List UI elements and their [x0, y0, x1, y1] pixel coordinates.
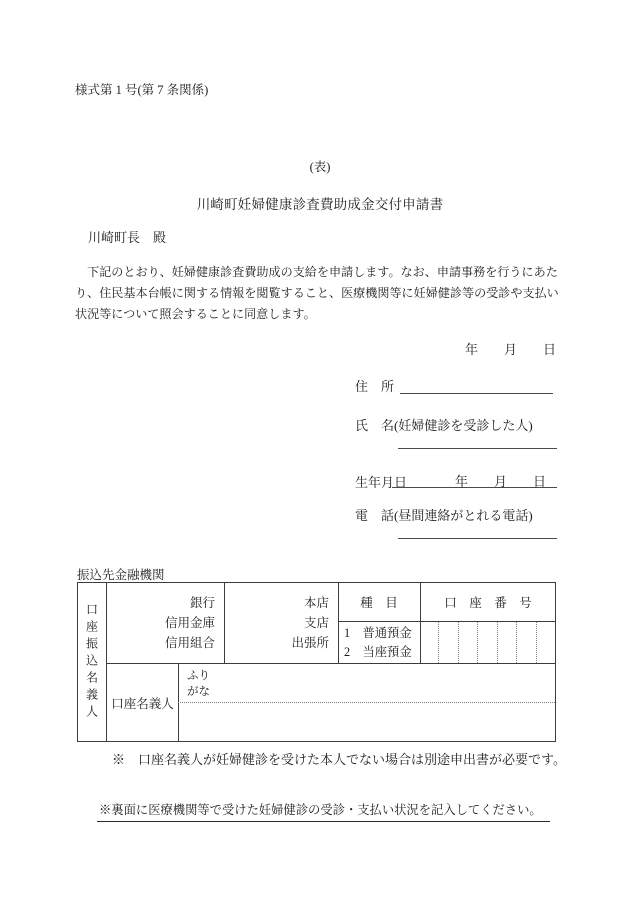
holder-label-cell: 口座名義人: [107, 664, 178, 741]
paragraph-line: 下記のとおり、妊婦健康診査費助成の支給を申請します。なお、申請事務を行うにあた: [75, 262, 559, 283]
account-number-digit-row: [420, 622, 555, 663]
account-number-digit-cell: [459, 622, 478, 663]
bank-table: 口座振込名義人 銀行 信用金庫 信用組合 本店 支店 出張所 種 目 1 普通預…: [77, 582, 556, 742]
account-number-digit-cell: [420, 622, 439, 663]
account-number-digit-cell: [537, 622, 555, 663]
account-type-option: 2 当座預金: [344, 643, 419, 662]
footer-note: ※裏面に医療機関等で受けた妊婦健診の受診・支払い状況を記入してください。: [97, 800, 550, 822]
account-number-digit-cell: [439, 622, 458, 663]
branch-type-option: 支店: [225, 613, 329, 633]
account-number-digit-cell: [498, 622, 517, 663]
document-title: 川崎町妊婦健康診査費助成金交付申請書: [0, 193, 630, 213]
address-label: 住 所: [355, 376, 394, 395]
institution-type-option: 信用金庫: [107, 613, 215, 633]
account-number-digit-cell: [517, 622, 536, 663]
furigana-cell: ふり がな: [179, 664, 555, 741]
branch-type-option: 出張所: [225, 633, 329, 653]
account-type-option: 1 普通預金: [344, 624, 419, 643]
account-holder-vertical-label-cell: 口座振込名義人: [78, 583, 106, 741]
institution-type-option: 銀行: [107, 593, 215, 613]
holder-note: ※ 口座名義人が妊婦健診を受けた本人でない場合は別途申出書が必要です。: [112, 749, 566, 768]
account-holder-vertical-label: 口座振込名義人: [84, 603, 101, 722]
paragraph-line: 状況等について照会することに同意します。: [75, 304, 559, 325]
holder-label: 口座名義人: [111, 694, 174, 712]
account-number-header: 口 座 番 号: [421, 583, 555, 621]
furigana-label: ふり: [187, 668, 555, 684]
phone-field-line: [398, 538, 557, 539]
bank-section-heading: 振込先金融機関: [77, 565, 165, 583]
name-field-line: [398, 448, 557, 449]
institution-type-option: 信用組合: [107, 633, 215, 653]
form-number: 様式第 1 号(第 7 条関係): [75, 80, 208, 98]
address-field-line: [400, 393, 553, 394]
paragraph-line: り、住民基本台帳に関する情報を閲覧すること、医療機関等に妊婦健診等の受診や支払い: [75, 283, 559, 304]
account-type-options: 1 普通預金 2 当座預金: [339, 622, 419, 663]
consent-paragraph: 下記のとおり、妊婦健康診査費助成の支給を申請します。なお、申請事務を行うにあた …: [75, 262, 559, 325]
branch-type-option: 本店: [225, 593, 329, 613]
account-type-header: 種 目: [339, 583, 419, 621]
application-date-line: 年 月 日: [0, 339, 556, 358]
institution-type-cell: 銀行 信用金庫 信用組合: [107, 583, 223, 663]
account-number-digit-cell: [478, 622, 497, 663]
name-label: 氏 名(妊婦健診を受診した人): [355, 415, 533, 434]
addressee-line: 川崎町長 殿: [88, 227, 166, 246]
furigana-label: がな: [187, 684, 555, 700]
branch-type-cell: 本店 支店 出張所: [225, 583, 337, 663]
document-page: 様式第 1 号(第 7 条関係) (表) 川崎町妊婦健康診査費助成金交付申請書 …: [0, 0, 630, 903]
front-side-label: (表): [0, 157, 630, 175]
phone-label: 電 話(昼間連絡がとれる電話): [355, 505, 533, 524]
birthdate-field-line: 年 月 日: [392, 471, 557, 488]
